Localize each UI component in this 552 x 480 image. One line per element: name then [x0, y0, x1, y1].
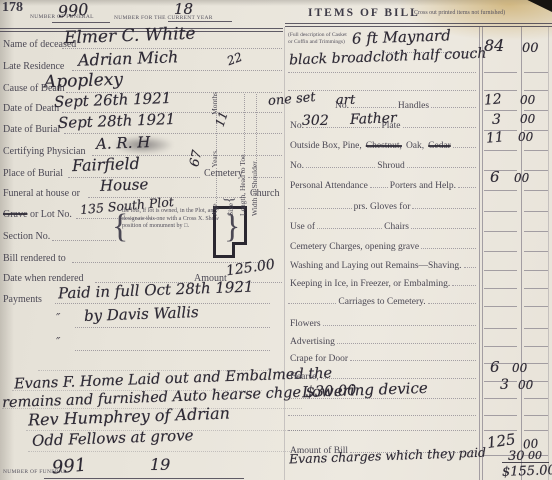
- cents-cell: [524, 420, 548, 431]
- advertising-label: Advertising: [288, 338, 337, 348]
- rule-line: [75, 327, 270, 328]
- total-amount: $155.00: [502, 464, 552, 479]
- bill-row-cemetery: Cemetery Charges, opening grave: [288, 240, 549, 252]
- size-label: Size: [227, 203, 235, 216]
- section-label: Section No.: [3, 232, 50, 242]
- blank-line: [407, 157, 476, 168]
- blank-line: [411, 218, 476, 229]
- evans-charges-hw: Evans charges which they paid: [289, 447, 486, 466]
- ice-label: Keeping in Ice, in Freezer, or Embalming…: [288, 280, 452, 290]
- dollars-cell: [484, 221, 517, 232]
- next-funeral-no: 991: [51, 457, 87, 478]
- blank-line: [248, 94, 257, 161]
- carriages-label: Carriages to Cemetery.: [336, 298, 427, 308]
- length-label: Length, Head to Toe: [239, 155, 247, 216]
- bill-row-washing: Washing and Laying out Remains—Shaving.: [288, 259, 549, 271]
- bill-row-carriages: Carriages to Cemetery.: [288, 295, 549, 307]
- rule-line: [28, 451, 300, 452]
- dollars-cell: [484, 296, 517, 307]
- bill-row-crape: Crape for Door: [288, 352, 549, 364]
- outside-box-struck-cedar: Cedar: [426, 142, 453, 152]
- rule-line: [52, 22, 110, 23]
- width-label: Width at Shoulder: [251, 161, 259, 216]
- dollars-cell: [484, 318, 517, 329]
- no-label: No.: [288, 162, 306, 172]
- double-rule-top: [285, 23, 552, 24]
- blank-line: [421, 238, 476, 249]
- year-no-value: 18: [174, 2, 193, 17]
- ledger-scan: 178 Number of Funeral 990 Number for the…: [0, 0, 552, 480]
- cents-cell: [524, 201, 548, 212]
- outside-box-cents: 00: [518, 131, 533, 143]
- bill-row-blank: [288, 79, 549, 91]
- blank-line: [350, 350, 476, 361]
- dollars-cell: [484, 201, 517, 212]
- name-value: Elmer C. White: [64, 26, 196, 48]
- attendance-cents: 00: [514, 172, 529, 184]
- grave-label: Grave or Lot No.: [3, 210, 72, 220]
- rule-line: [168, 21, 232, 22]
- cents-cell: [524, 62, 548, 73]
- blank-line: [337, 333, 476, 344]
- payments-label: Payments: [3, 295, 42, 305]
- date-rendered-label: Date when rendered: [3, 274, 84, 284]
- cents-cell: [524, 278, 548, 289]
- length-vertical-line: Length, Head to Toe: [236, 94, 246, 216]
- bill-row-flowers: Flowers: [288, 317, 549, 329]
- items-of-bill-title: ITEMS OF BILL: [308, 7, 420, 19]
- washing-label: Washing and Laying out Remains—Shaving.: [288, 262, 464, 272]
- cents-cell: [524, 241, 548, 252]
- folio-number: 178: [2, 1, 23, 15]
- dollars-cell: [484, 336, 517, 347]
- handles-hw-lead: one set: [268, 91, 317, 108]
- outside-box-oak: Oak,: [404, 142, 426, 152]
- days-scribble: 22: [225, 51, 243, 68]
- gloves-label: prs. Gloves for: [352, 203, 413, 213]
- payments-line1: Paid in full Oct 28th 1921: [58, 280, 254, 302]
- casket-line1: 6 ft Maynard: [352, 28, 451, 46]
- payments-line2: by Davis Wallis: [84, 305, 199, 324]
- bill-row-advertising: Advertising: [288, 335, 549, 347]
- ditto-mark: ″: [56, 336, 60, 348]
- items-of-bill-note: (Cross out printed items not furnished): [412, 10, 544, 18]
- attendance-dollars: 6: [490, 170, 500, 185]
- cents-cell: [524, 80, 548, 91]
- cents-cell: [524, 405, 548, 416]
- place-of-burial-label: Place of Burial: [3, 169, 63, 179]
- funeral-at-label: Funeral at house or: [3, 189, 80, 199]
- cents-cell: [524, 318, 548, 329]
- dollars-cell: [484, 160, 517, 171]
- cents-cell: [524, 260, 548, 271]
- outside-box-dollars: 11: [485, 130, 504, 146]
- size-vertical-label: Size {: [223, 176, 233, 216]
- amount-value: 125.00: [225, 258, 275, 279]
- chairs-label2: Chairs: [382, 223, 411, 233]
- rule-line: [52, 240, 116, 241]
- date-of-death-label: Date of Death: [3, 104, 59, 114]
- hearse-cents: 00: [512, 362, 527, 374]
- blank-line: [351, 97, 396, 108]
- cents-cell: [524, 296, 548, 307]
- cemetery-label: Cemetery Charges, opening grave: [288, 243, 421, 253]
- blank-line: [288, 405, 476, 416]
- width-vertical-line: Width at Shoulder: [248, 94, 258, 216]
- next-year-no: 19: [150, 457, 170, 473]
- outside-box-struck-chestnut: Chestnut,: [364, 142, 404, 152]
- plot-diagram-notch: [232, 242, 247, 258]
- handles-hw-no: art: [336, 94, 355, 107]
- date-of-burial-value: Sept 28th 1921: [58, 112, 176, 131]
- bill-row-attendance: Personal Attendance Porters and Help.: [288, 179, 549, 191]
- blank-line: [288, 198, 352, 209]
- rule-line: [44, 478, 244, 479]
- outside-box-prefix: Outside Box, Pine,: [288, 142, 364, 152]
- dollars-cell: [484, 180, 517, 191]
- cause-value: Apoplexy: [44, 72, 124, 92]
- ditto-mark: ″: [56, 312, 60, 324]
- funeral-at-value: House: [100, 177, 149, 194]
- plate-hw-value: Father: [350, 111, 397, 127]
- blank-line: [370, 177, 388, 188]
- handles-dollars: 12: [483, 92, 502, 108]
- age-value: 67: [188, 149, 204, 168]
- blank-line: [288, 80, 476, 91]
- place-of-burial-value: Fairfield: [72, 156, 140, 174]
- bill-rendered-label: Bill rendered to: [3, 254, 66, 264]
- plate-dollars: 3: [492, 113, 501, 127]
- bill-row-blank: [288, 419, 549, 431]
- size-brace: {: [223, 196, 237, 203]
- residence-value: Adrian Mich: [78, 49, 179, 68]
- blank-line: [321, 368, 476, 379]
- bill-row-ice: Keeping in Ice, in Freezer, or Embalming…: [288, 277, 549, 289]
- blank-line: [288, 420, 476, 431]
- dollars-cell: [484, 80, 517, 91]
- handles-cents: 00: [520, 94, 535, 106]
- lowering-device-hw: Lowering device: [302, 381, 428, 400]
- cents-cell: [524, 221, 548, 232]
- lowering-cents: 00: [518, 379, 533, 391]
- blank-line: [452, 275, 476, 286]
- blank-line: [412, 198, 476, 209]
- blank-line: [317, 218, 382, 229]
- dollars-cell: [484, 260, 517, 271]
- plate-hw-no: 302: [302, 114, 329, 128]
- years-label: Years: [211, 151, 219, 168]
- ink-smudge: [112, 136, 174, 154]
- note-line4: Odd Fellows at grove: [32, 428, 194, 449]
- evans-cents: 00: [528, 450, 542, 461]
- grave-word-struck: Grave: [3, 209, 27, 220]
- lowering-dollars: 3: [500, 378, 509, 392]
- bill-row-chairs: Use of Chairs: [288, 220, 549, 232]
- attendance-label2: Porters and Help.: [388, 182, 458, 192]
- rule-line: [75, 350, 270, 351]
- bill-row-blank: [288, 404, 549, 416]
- blank-line: [306, 157, 375, 168]
- bill-row-handles: No. Handles: [288, 99, 549, 111]
- plate-cents: 00: [520, 113, 535, 125]
- dollars-cell: [484, 405, 517, 416]
- crape-label: Crape for Door: [288, 355, 350, 365]
- attendance-label1: Personal Attendance: [288, 182, 370, 192]
- grave-word-rest: or Lot No.: [30, 209, 72, 220]
- cents-cell: [524, 336, 548, 347]
- chairs-label1: Use of: [288, 223, 317, 233]
- hearse-label: Hearse,: [288, 373, 321, 383]
- residence-label: Late Residence: [3, 62, 64, 72]
- age-label: Age: [211, 204, 219, 217]
- bill-row-gloves: prs. Gloves for: [288, 200, 549, 212]
- note-line3: Rev Humphrey of Adrian: [28, 405, 230, 428]
- date-of-death-value: Sept 26th 1921: [54, 91, 172, 110]
- blank-line: [236, 94, 245, 155]
- blank-line: [458, 177, 476, 188]
- cents-cell: [524, 353, 548, 364]
- blank-line: [288, 293, 336, 304]
- casket-dollars: 84: [484, 38, 504, 54]
- bill-row-shroud: No. Shroud: [288, 159, 549, 171]
- cents-cell: [524, 160, 548, 171]
- shroud-label: Shroud: [375, 162, 406, 172]
- dollars-cell: [484, 241, 517, 252]
- blank-line: [403, 117, 477, 128]
- bill-row-outside-box: Outside Box, Pine, Chestnut, Oak, Cedar: [288, 139, 549, 151]
- dollars-cell: [484, 62, 517, 73]
- funeral-no-value: 990: [57, 2, 89, 21]
- flowers-label: Flowers: [288, 320, 323, 330]
- blank-line: [428, 293, 476, 304]
- blank-line: [464, 257, 476, 268]
- blank-line: [323, 315, 476, 326]
- date-of-burial-label: Date of Burial: [3, 125, 60, 135]
- handles-label: Handles: [396, 102, 431, 112]
- hearse-dollars: 6: [490, 360, 500, 375]
- months-value: 11: [214, 110, 230, 128]
- blank-line: [208, 168, 217, 204]
- blank-line: [431, 97, 476, 108]
- casket-cents: 00: [522, 42, 539, 55]
- blank-line: [453, 137, 476, 148]
- dollars-cell: [484, 278, 517, 289]
